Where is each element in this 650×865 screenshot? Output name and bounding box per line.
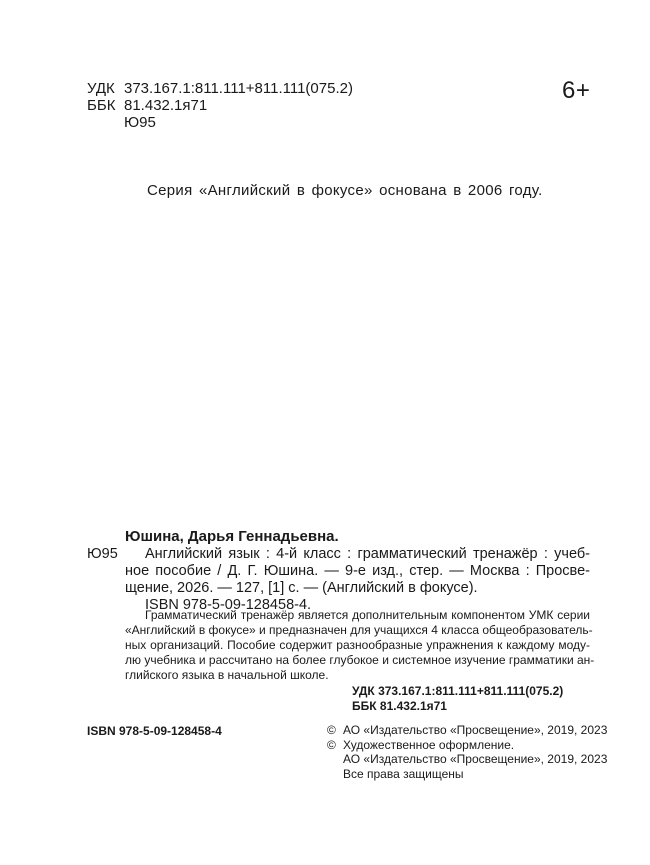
footer-isbn: ISBN 978-5-09-128458-4: [87, 724, 222, 738]
bbk-value: 81.432.1я71: [124, 97, 207, 114]
annotation-line: «Английский в фокусе» и предназначен для…: [125, 623, 590, 638]
annotation: Грамматический тренажёр является дополни…: [125, 608, 590, 683]
annotation-line: глийского языка в начальной школе.: [125, 668, 577, 683]
copyright-symbol: ©: [327, 723, 336, 738]
copyright-text: Художественное оформление.: [343, 738, 514, 753]
copyright-text: АО «Издательство «Просвещение», 2019, 20…: [343, 723, 607, 738]
annotation-line: лю учебника и рассчитано на более глубок…: [125, 653, 590, 668]
author-mark: Ю95: [124, 114, 156, 131]
copyright-symbol: ©: [327, 738, 336, 753]
classification-block: УДК 373.167.1:811.111+811.111(075.2) ББК…: [87, 80, 407, 132]
description-line: Английский язык : 4-й класс : грамматиче…: [125, 546, 590, 563]
copyright-block: © АО «Издательство «Просвещение», 2019, …: [327, 723, 627, 783]
copyright-text: Все права защищены: [343, 767, 464, 782]
copyright-text: АО «Издательство «Просвещение», 2019, 20…: [343, 752, 607, 767]
record-udk: УДК 373.167.1:811.111+811.111(075.2): [352, 684, 563, 699]
age-rating: 6+: [562, 78, 590, 104]
annotation-line: Грамматический тренажёр является дополни…: [125, 608, 590, 623]
description-line: щение, 2026. — 127, [1] с. — (Английский…: [125, 580, 577, 597]
udk-label: УДК: [87, 80, 115, 97]
record-author-mark: Ю95: [87, 546, 118, 563]
author-name: Юшина, Дарья Геннадьевна.: [125, 528, 339, 545]
udk-value: 373.167.1:811.111+811.111(075.2): [124, 80, 353, 97]
description-line: ное пособие / Д. Г. Юшина. — 9-е изд., с…: [125, 563, 590, 580]
bbk-label: ББК: [87, 97, 115, 114]
annotation-line: ных организаций. Пособие содержит разноо…: [125, 638, 590, 653]
series-note: Серия «Английский в фокусе» основана в 2…: [147, 182, 543, 199]
record-bbk: ББК 81.432.1я71: [352, 699, 447, 714]
record-description: Английский язык : 4-й класс : грамматиче…: [125, 546, 590, 614]
